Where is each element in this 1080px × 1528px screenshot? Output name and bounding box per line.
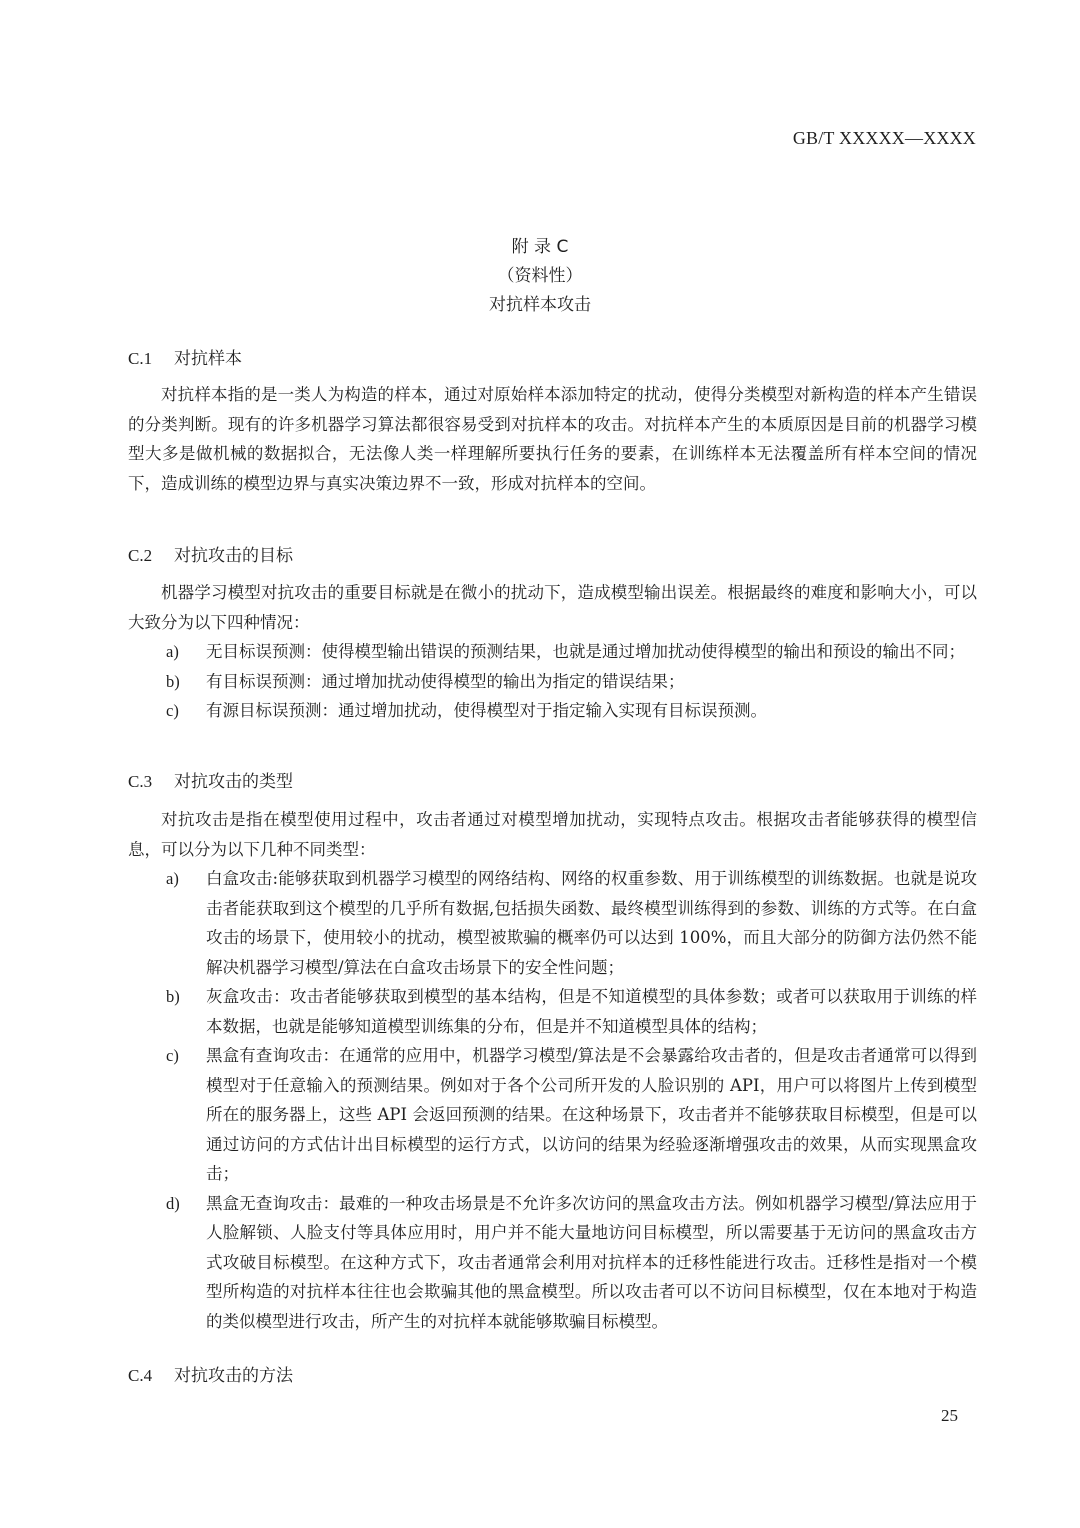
section-title: 对抗样本	[174, 349, 242, 369]
list-item: c) 黑盒有查询攻击：在通常的应用中，机器学习模型/算法是不会暴露给攻击者的，但…	[128, 1041, 977, 1189]
section-number: C.2	[128, 546, 174, 566]
page-number: 25	[941, 1406, 958, 1426]
list-marker: a)	[166, 637, 179, 667]
section-number: C.4	[128, 1366, 174, 1386]
list-item-text: 灰盒攻击：攻击者能够获取到模型的基本结构，但是不知道模型的具体参数；或者可以获取…	[206, 987, 977, 1036]
list-item: c) 有源目标误预测：通过增加扰动，使得模型对于指定输入实现有目标误预测。	[128, 696, 977, 726]
list-item: b) 有目标误预测：通过增加扰动使得模型的输出为指定的错误结果；	[128, 667, 977, 697]
section-heading-c4: C.4对抗攻击的方法	[128, 1361, 293, 1386]
paragraph: 对抗攻击是指在模型使用过程中，攻击者通过对模型增加扰动，实现特点攻击。根据攻击者…	[128, 805, 977, 864]
section-title: 对抗攻击的目标	[174, 546, 293, 566]
annex-nature: （资料性）	[0, 261, 1080, 286]
list-item-text: 无目标误预测：使得模型输出错误的预测结果，也就是通过增加扰动使得模型的输出和预设…	[206, 642, 965, 661]
section-number: C.1	[128, 349, 174, 369]
list-item: d) 黑盒无查询攻击：最难的一种攻击场景是不允许多次访问的黑盒攻击方法。例如机器…	[128, 1189, 977, 1337]
list-item-text: 白盒攻击:能够获取到机器学习模型的网络结构、网络的权重参数、用于训练模型的训练数…	[206, 869, 977, 977]
list-item-text: 有源目标误预测：通过增加扰动，使得模型对于指定输入实现有目标误预测。	[206, 701, 767, 720]
standard-number: GB/T XXXXX—XXXX	[793, 128, 976, 149]
annex-title: 对抗样本攻击	[0, 290, 1080, 315]
list-item-text: 有目标误预测：通过增加扰动使得模型的输出为指定的错误结果；	[206, 672, 685, 691]
section-number: C.3	[128, 772, 174, 792]
list-marker: d)	[166, 1189, 180, 1219]
section-heading-c1: C.1对抗样本	[128, 344, 242, 369]
annex-label: 附 录 C	[0, 232, 1080, 257]
section-title: 对抗攻击的类型	[174, 772, 293, 792]
list: a) 无目标误预测：使得模型输出错误的预测结果，也就是通过增加扰动使得模型的输出…	[128, 637, 977, 726]
list-marker: a)	[166, 864, 179, 894]
list-marker: c)	[166, 1041, 179, 1071]
paragraph: 对抗样本指的是一类人为构造的样本，通过对原始样本添加特定的扰动，使得分类模型对新…	[128, 380, 977, 498]
section-heading-c2: C.2对抗攻击的目标	[128, 541, 293, 566]
list-marker: c)	[166, 696, 179, 726]
list-item-text: 黑盒有查询攻击：在通常的应用中，机器学习模型/算法是不会暴露给攻击者的，但是攻击…	[206, 1046, 977, 1183]
document-page: GB/T XXXXX—XXXX 附 录 C （资料性） 对抗样本攻击 C.1对抗…	[0, 0, 1080, 1528]
paragraph: 机器学习模型对抗攻击的重要目标就是在微小的扰动下，造成模型输出误差。根据最终的难…	[128, 578, 977, 637]
list-marker: b)	[166, 982, 180, 1012]
section-heading-c3: C.3对抗攻击的类型	[128, 767, 293, 792]
list-item-text: 黑盒无查询攻击：最难的一种攻击场景是不允许多次访问的黑盒攻击方法。例如机器学习模…	[206, 1194, 977, 1331]
list-item: a) 白盒攻击:能够获取到机器学习模型的网络结构、网络的权重参数、用于训练模型的…	[128, 864, 977, 982]
list-item: a) 无目标误预测：使得模型输出错误的预测结果，也就是通过增加扰动使得模型的输出…	[128, 637, 977, 667]
list-marker: b)	[166, 667, 180, 697]
list-item: b) 灰盒攻击：攻击者能够获取到模型的基本结构，但是不知道模型的具体参数；或者可…	[128, 982, 977, 1041]
list: a) 白盒攻击:能够获取到机器学习模型的网络结构、网络的权重参数、用于训练模型的…	[128, 864, 977, 1336]
section-title: 对抗攻击的方法	[174, 1366, 293, 1386]
